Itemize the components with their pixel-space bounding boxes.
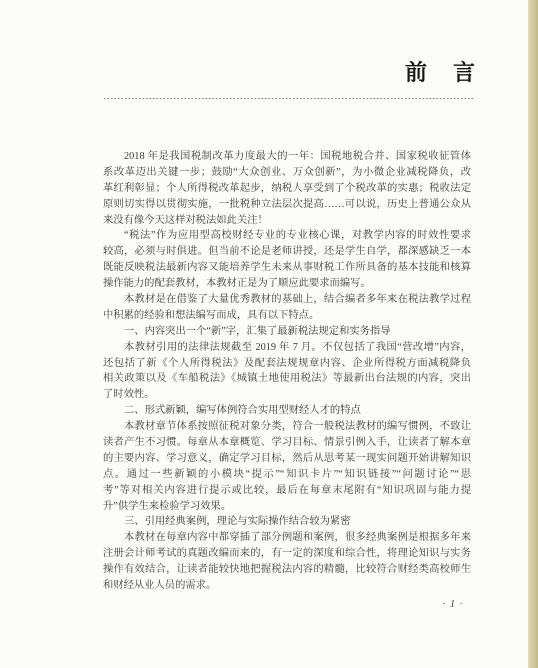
body-line: 注册会计师考试的真题改编而来的，有一定的深度和综合性，将理论知识与实务 <box>103 546 471 562</box>
page-number: · 1 · <box>428 599 478 610</box>
body-line: 2018 年是我国税制改革力度最大的一年：国税地税合并、国家税收征管体 <box>103 149 471 165</box>
body-line: 本教材引用的法律法规截至 2019 年 7 月。不仅包括了我国“营改增”内容， <box>103 340 471 356</box>
body-line: 考”等对相关内容进行提示或比较，最后在每章末尾附有“知识巩固与能力提 <box>103 483 471 499</box>
body-line: 革红利彰显；个人所得税改革起步，纳税人享受到了个税改革的实惠；税收法定 <box>103 181 471 197</box>
body-line: 本教材在每章内容中都穿插了部分例题和案例，很多经典案例是根据多年来 <box>103 530 471 546</box>
preface-page: 前 言 2018 年是我国税制改革力度最大的一年：国税地税合并、国家税收征管体系… <box>0 0 538 668</box>
body-line: 相关政策以及《车船税法》《城镇土地使用税法》等最新出台法规的内容，突出 <box>103 371 471 387</box>
page-edge-strip <box>528 0 538 668</box>
body-line: 和财经从业人员的需求。 <box>103 578 471 594</box>
section-heading: 二、形式新颖，编写体例符合实用型财经人才的特点 <box>103 403 471 419</box>
body-line: 本教材是在借鉴了大量优秀教材的基础上，结合编者多年来在税法教学过程 <box>103 292 471 308</box>
body-line: 操作有效结合，让读者能较快地把握税法内容的精髓，比较符合财经类高校师生 <box>103 562 471 578</box>
body-line: 既能反映税法最新内容又能培养学生未来从事财税工作所具备的基本技能和核算 <box>103 260 471 276</box>
body-line: 较高，必须与时俱进。但当前不论是老师讲授，还是学生自学，都深感缺乏一本 <box>103 244 471 260</box>
title-divider-rule <box>104 98 473 99</box>
section-heading: 一、内容突出一个“新”字，汇集了最新税法规定和实务指导 <box>103 324 471 340</box>
body-line: 系改革迈出关键一步；鼓励“大众创业、万众创新”，为小微企业减税降负，改 <box>103 165 471 181</box>
body-line: 原则切实得以贯彻实施，一批税种立法层次提高……可以说，历史上普通公众从 <box>103 197 471 213</box>
body-line: 点。通过一些新颖的小模块“提示”“知识卡片”“知识链接”“问题讨论”“思 <box>103 467 471 483</box>
body-line: 还包括了新《个人所得税法》及配套法规规章内容、企业所得税方面减税降负 <box>103 356 471 372</box>
body-line: 中积累的经验和想法编写而成，具有以下特点。 <box>103 308 471 324</box>
body-line: 操作能力的配套教材，本教材正是为了顺应此要求而编写。 <box>103 276 471 292</box>
body-line: 来没有像今天这样对税法如此关注！ <box>103 213 471 229</box>
body-line: 本教材章节体系按照征税对象分类，符合一般税法教材的编写惯例，不致让 <box>103 419 471 435</box>
body-line: 读者产生不习惯。每章从本章概览、学习目标、情景引例入手，让读者了解本章 <box>103 435 471 451</box>
body-line: 的主要内容、学习意义，确定学习目标，然后从思考某一现实问题开始讲解知识 <box>103 451 471 467</box>
body-line: “税法”作为应用型高校财经专业的专业核心课，对教学内容的时效性要求 <box>103 228 471 244</box>
body-line: 了时效性。 <box>103 387 471 403</box>
page-title: 前 言 <box>405 56 477 87</box>
body-text: 2018 年是我国税制改革力度最大的一年：国税地税合并、国家税收征管体系改革迈出… <box>103 149 471 594</box>
section-heading: 三、引用经典案例，理论与实际操作结合较为紧密 <box>103 514 471 530</box>
body-line: 升”供学生来检验学习效果。 <box>103 499 471 515</box>
